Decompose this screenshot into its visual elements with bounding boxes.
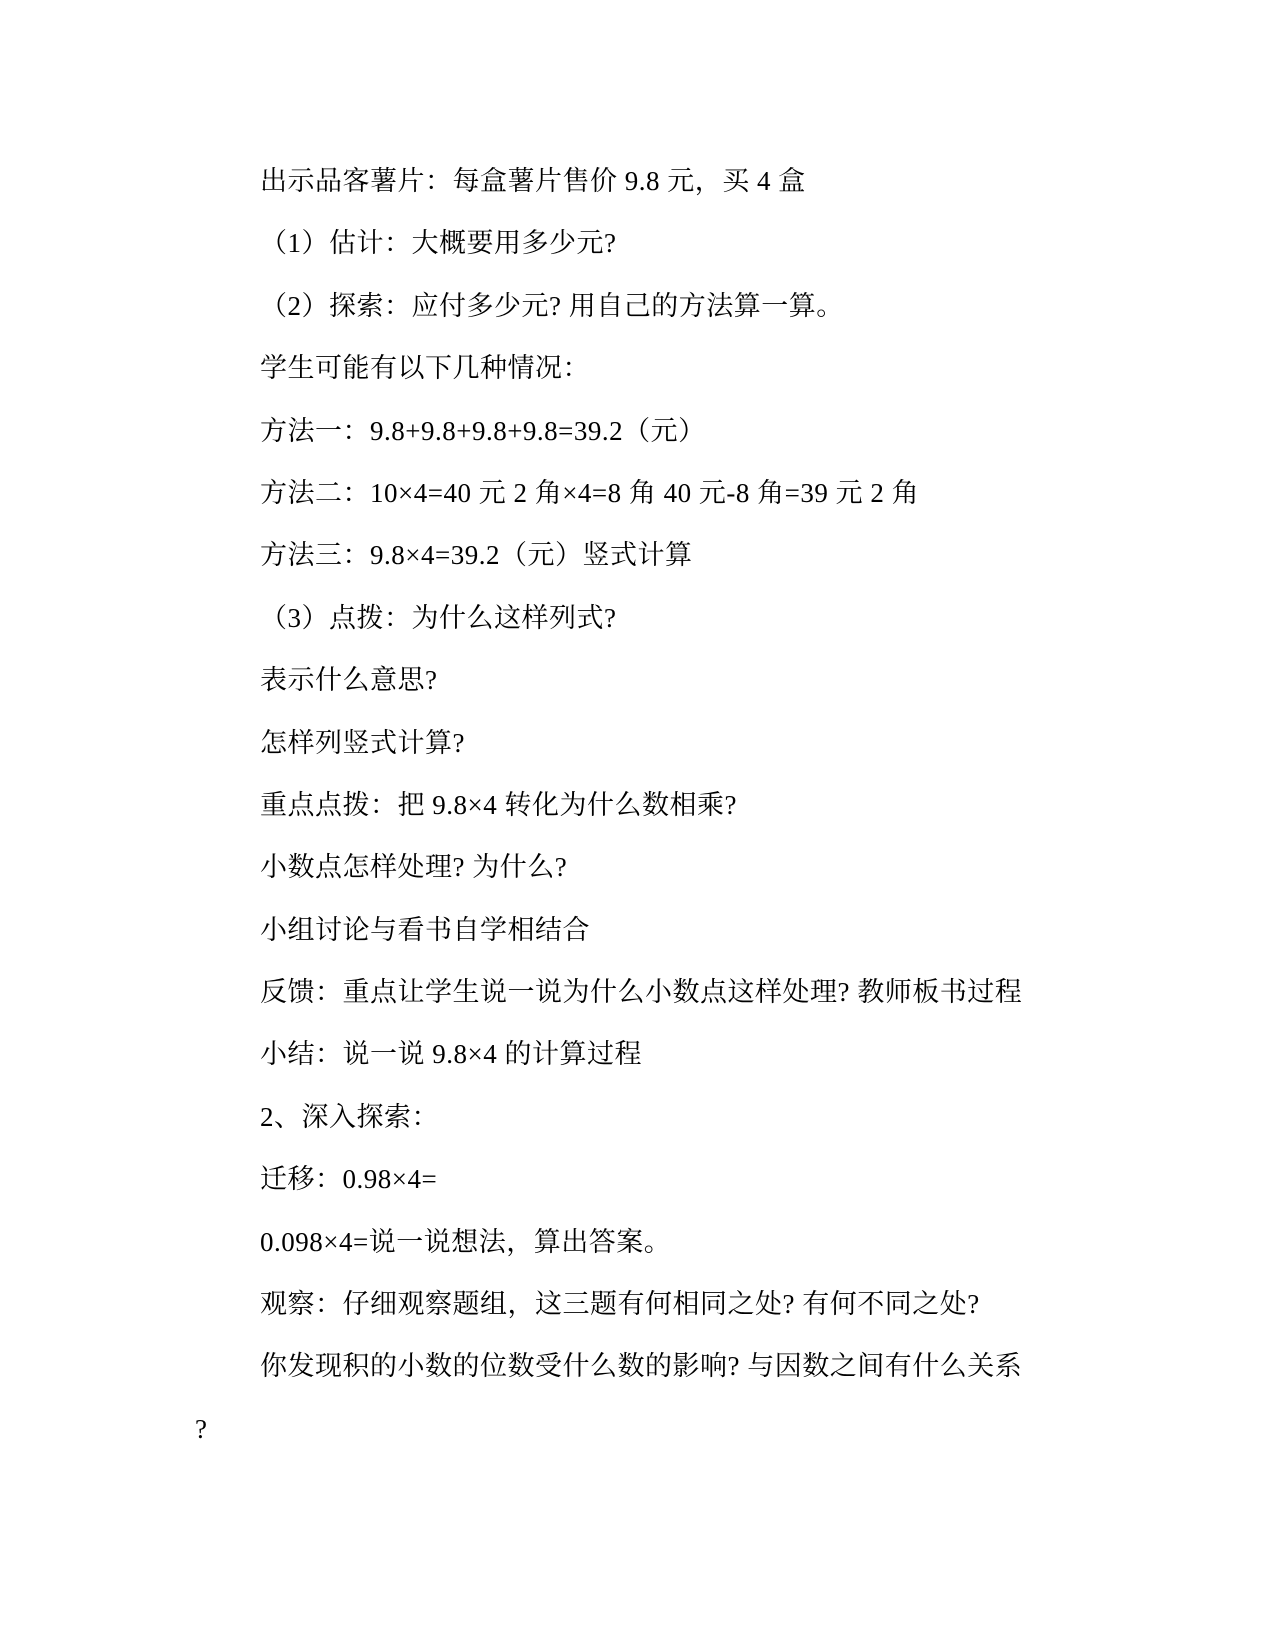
text-line: 出示品客薯片：每盒薯片售价 9.8 元，买 4 盒 xyxy=(195,150,1155,212)
text-line: 0.098×4=说一说想法，算出答案。 xyxy=(195,1211,1155,1273)
text-line: 小结：说一说 9.8×4 的计算过程 xyxy=(195,1023,1155,1085)
text-line: 方法一：9.8+9.8+9.8+9.8=39.2（元） xyxy=(195,400,1155,462)
text-line: 小组讨论与看书自学相结合 xyxy=(195,899,1155,961)
text-line: 观察：仔细观察题组，这三题有何相同之处? 有何不同之处? xyxy=(195,1273,1155,1335)
text-line: 方法三：9.8×4=39.2（元）竖式计算 xyxy=(195,524,1155,586)
text-line: 小数点怎样处理? 为什么? xyxy=(195,836,1155,898)
text-line: ? xyxy=(195,1398,1155,1460)
text-line: 怎样列竖式计算? xyxy=(195,712,1155,774)
text-line: （3）点拨：为什么这样列式? xyxy=(195,587,1155,649)
text-line: （2）探索：应付多少元? 用自己的方法算一算。 xyxy=(195,275,1155,337)
text-line: 反馈：重点让学生说一说为什么小数点这样处理? 教师板书过程 xyxy=(195,961,1155,1023)
text-line: 你发现积的小数的位数受什么数的影响? 与因数之间有什么关系 xyxy=(195,1335,1155,1397)
text-line: 2、深入探索： xyxy=(195,1086,1155,1148)
text-line: 学生可能有以下几种情况： xyxy=(195,337,1155,399)
text-body: 出示品客薯片：每盒薯片售价 9.8 元，买 4 盒（1）估计：大概要用多少元?（… xyxy=(195,150,1155,1460)
text-line: 迁移：0.98×4= xyxy=(195,1148,1155,1210)
document-page: 出示品客薯片：每盒薯片售价 9.8 元，买 4 盒（1）估计：大概要用多少元?（… xyxy=(0,0,1275,1650)
text-line: 表示什么意思? xyxy=(195,649,1155,711)
text-line: （1）估计：大概要用多少元? xyxy=(195,212,1155,274)
text-line: 重点点拨：把 9.8×4 转化为什么数相乘? xyxy=(195,774,1155,836)
text-line: 方法二：10×4=40 元 2 角×4=8 角 40 元-8 角=39 元 2 … xyxy=(195,462,1155,524)
